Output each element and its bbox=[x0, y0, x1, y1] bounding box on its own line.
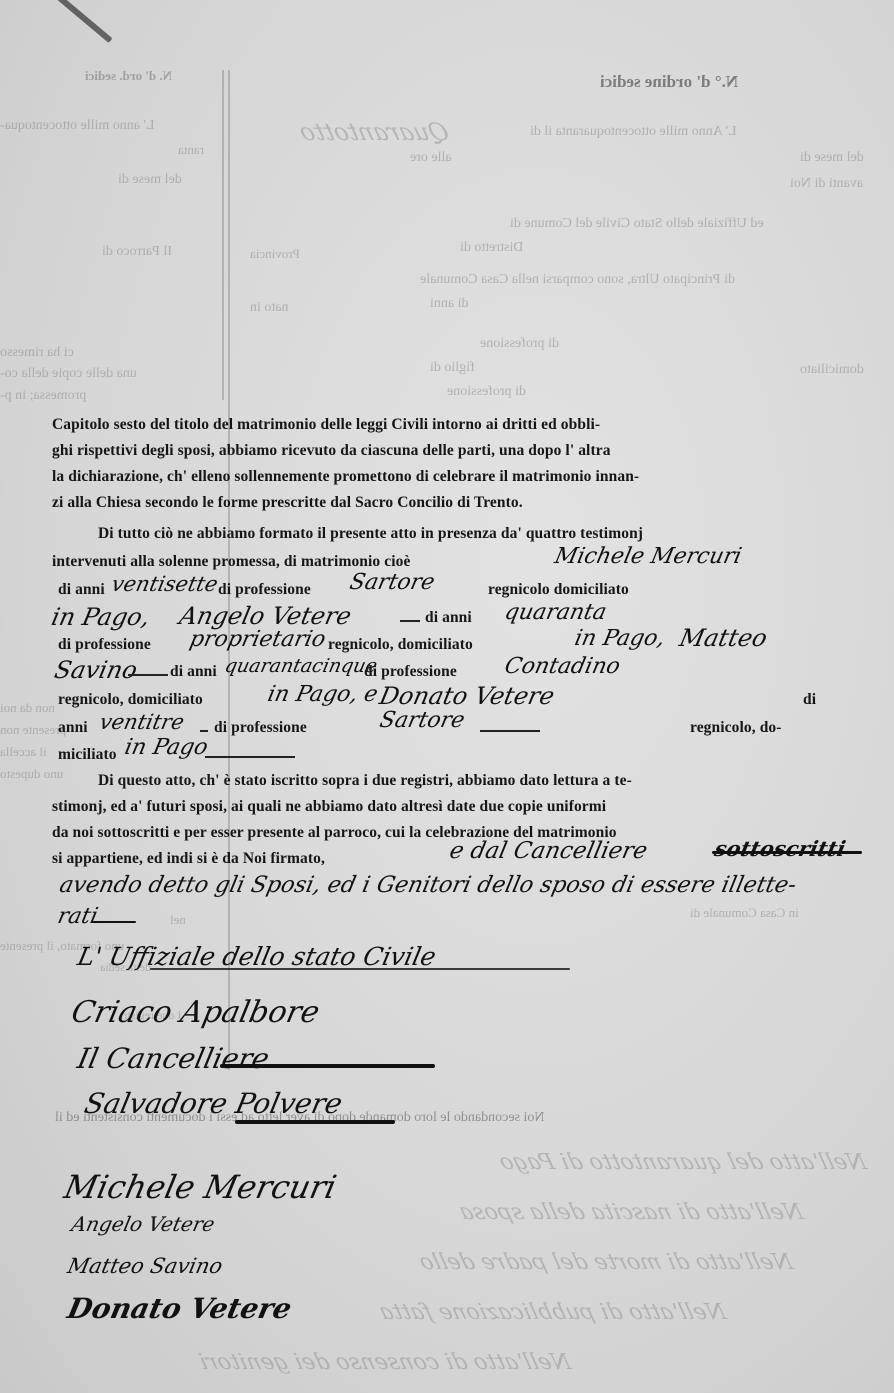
witness1-name: Michele Mercuri bbox=[552, 544, 744, 569]
fill-line bbox=[128, 674, 168, 676]
witness1-profession: Sartore bbox=[347, 570, 437, 595]
printed-line: di professione bbox=[364, 663, 457, 681]
printed-line: stimonj, ed a' futuri sposi, ai quali ne… bbox=[52, 798, 606, 816]
ghost-header-right: N.° d' ordine sedici bbox=[600, 72, 738, 92]
column-divider bbox=[222, 70, 224, 400]
addendum-cancelliere: e dal Cancelliere bbox=[447, 838, 649, 864]
ghost-right-line: di professione bbox=[480, 336, 559, 352]
addendum-line: rati bbox=[55, 904, 100, 929]
fill-line bbox=[400, 620, 420, 622]
witness4-domicile: in Pago bbox=[122, 735, 210, 760]
signature-title-cancelliere: Il Cancelliere bbox=[74, 1042, 272, 1075]
ghost-right-line: ed Uffiziale dello Stato Civile del Comu… bbox=[510, 216, 764, 232]
ghost-left-line: L' anno mille ottocentoqua- bbox=[0, 118, 155, 134]
strike-through bbox=[712, 851, 862, 854]
signature-underline bbox=[220, 1064, 435, 1068]
witness1-age: ventisette bbox=[109, 572, 220, 596]
ghost-lower-right: in Casa Comunale di bbox=[690, 905, 799, 921]
witness4-name: Donato Vetere bbox=[377, 682, 557, 710]
ghost-handwriting: Nell'atto di morte del padre dello bbox=[417, 1250, 796, 1275]
ghost-right-line: avanti di Noi bbox=[790, 176, 863, 192]
ghost-right-line: di Principato Ultra, sono comparsi nella… bbox=[420, 272, 735, 288]
ghost-right-line: Distretto di bbox=[460, 240, 523, 256]
witness3-domicile-prefix: in Pago, bbox=[572, 626, 667, 651]
addendum-line: avendo detto gli Sposi, ed i Genitori de… bbox=[57, 872, 798, 898]
ghost-lower-left: il accella bbox=[0, 744, 47, 760]
printed-line: si appartiene, ed indi si è da Noi firma… bbox=[52, 850, 325, 868]
fill-line bbox=[200, 730, 208, 732]
witness3-domicile: in Pago, e bbox=[265, 682, 380, 707]
ghost-left-line: ci ha rimesso bbox=[0, 345, 74, 361]
signature-underline bbox=[150, 968, 570, 970]
document-page: N.° d' ordine sedici N. d' ord. sedici L… bbox=[0, 0, 894, 1393]
ghost-right-line: di professione bbox=[447, 384, 526, 400]
printed-line: di professione bbox=[218, 581, 311, 599]
ink-smudge bbox=[47, 0, 112, 43]
ghost-right-line: figlio di bbox=[430, 360, 475, 376]
witness2-name: Angelo Vetere bbox=[177, 602, 354, 630]
printed-line: ghi rispettivi degli sposi, abbiamo rice… bbox=[52, 442, 611, 460]
ghost-left-line: una delle copie della co- bbox=[0, 366, 137, 382]
printed-line: di bbox=[803, 691, 816, 709]
printed-line: regnicolo, domiciliato bbox=[328, 636, 473, 654]
ghost-handwriting: Nell'atto di nascita della sposa bbox=[457, 1200, 806, 1225]
printed-line: regnicolo, do- bbox=[690, 719, 782, 737]
ghost-lower-left: uno dupesto bbox=[0, 766, 63, 782]
ghost-right-line: alle ore bbox=[410, 150, 452, 166]
witness2-profession: proprietario bbox=[187, 627, 328, 652]
fill-line bbox=[480, 730, 540, 732]
ghost-right-line: nato in bbox=[250, 300, 289, 316]
printed-line: di anni bbox=[425, 609, 472, 627]
printed-line: zi alla Chiesa secondo le forme prescrit… bbox=[52, 494, 523, 512]
witness3-age: quarantacinque bbox=[223, 655, 380, 677]
signature-underline bbox=[235, 1120, 395, 1124]
printed-line: Capitolo sesto del titolo del matrimonio… bbox=[52, 416, 600, 434]
printed-line: di professione bbox=[58, 636, 151, 654]
witness1-domicile: in Pago, bbox=[49, 603, 153, 631]
witness3-name-b: Savino bbox=[52, 656, 140, 684]
ghost-handwriting: Nell'atto di pubblicazione fatta bbox=[377, 1300, 729, 1325]
witness2-age: quaranta bbox=[502, 600, 608, 625]
ghost-right-line: L' Anno mille ottocentoquaranta il di bbox=[530, 124, 737, 140]
signature-witness4: Donato Vetere bbox=[64, 1292, 294, 1325]
ghost-lower-left: presente non bbox=[0, 722, 66, 738]
printed-line: regnicolo domiciliato bbox=[488, 581, 629, 599]
signature-sindaco: Criaco Apalbore bbox=[68, 995, 322, 1030]
ghost-right-line: domiciliato bbox=[800, 362, 864, 378]
ghost-right-line: di anni bbox=[430, 296, 469, 312]
printed-line: Di questo atto, ch' è stato iscritto sop… bbox=[98, 772, 632, 790]
printed-line: intervenuti alla solenne promessa, di ma… bbox=[52, 553, 410, 571]
printed-line: di anni bbox=[58, 581, 105, 599]
fill-stroke bbox=[92, 921, 136, 923]
ghost-handwriting: Nell'atto del quarantotto di Pago bbox=[497, 1150, 870, 1175]
printed-line: anni bbox=[58, 719, 88, 737]
addendum-struck-word: sottoscritti bbox=[712, 836, 848, 861]
printed-line: di professione bbox=[214, 719, 307, 737]
witness3-name-a: Matteo bbox=[677, 624, 770, 652]
printed-line: regnicolo, domiciliato bbox=[58, 691, 203, 709]
ghost-left-line: del mese di bbox=[118, 172, 182, 188]
witness4-profession: Sartore bbox=[377, 708, 467, 733]
ghost-left-line: promessa; in p- bbox=[0, 388, 86, 404]
ghost-lower-left: non da noi bbox=[0, 700, 55, 716]
signature-cancelliere: Salvadore Polvere bbox=[81, 1087, 345, 1120]
witness4-age: ventitre bbox=[97, 710, 186, 734]
printed-line: la dichiarazione, ch' elleno sollennemen… bbox=[52, 468, 639, 486]
printed-line: di anni bbox=[170, 663, 217, 681]
ghost-right-line: del mese di bbox=[800, 150, 864, 166]
printed-line: miciliato bbox=[58, 746, 117, 764]
signature-witness1: Michele Mercuri bbox=[61, 1168, 340, 1206]
ghost-handwriting: Nell'atto di consenso dei genitori bbox=[197, 1350, 574, 1375]
ghost-handwriting: Quarantotto bbox=[296, 118, 452, 146]
ghost-lower-left: nel bbox=[170, 912, 186, 928]
signature-witness3: Matteo Savino bbox=[65, 1254, 224, 1278]
ghost-left-line: ranta bbox=[178, 142, 204, 158]
ghost-header-left: N. d' ord. sedici bbox=[85, 68, 172, 84]
ghost-left-line: Il Parroco di bbox=[102, 244, 172, 260]
ghost-right-line: Provincia bbox=[250, 246, 300, 262]
witness3-profession: Contadino bbox=[502, 654, 622, 679]
signature-title-ufficiale: L' Uffiziale dello stato Civile bbox=[75, 942, 439, 971]
fill-line bbox=[205, 756, 295, 758]
signature-witness2: Angelo Vetere bbox=[69, 1212, 217, 1236]
printed-line: Di tutto ciò ne abbiamo formato il prese… bbox=[98, 525, 643, 543]
